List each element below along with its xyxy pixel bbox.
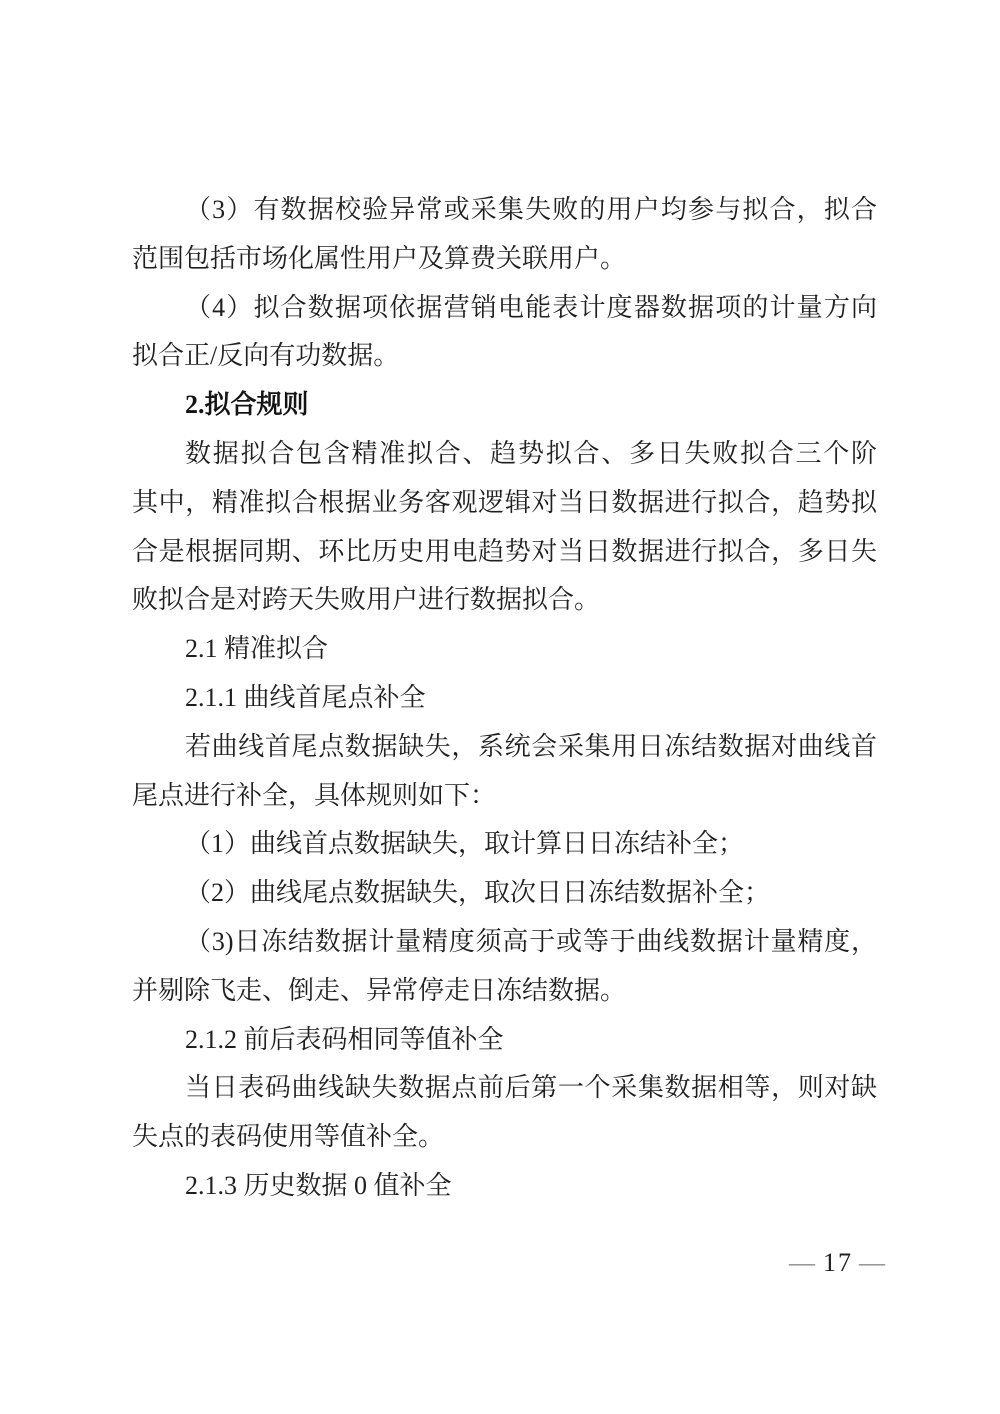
- page-number: —17—: [789, 1248, 887, 1278]
- text-line: 失点的表码使用等值补全。: [132, 1113, 877, 1162]
- text-line: 其中，精准拟合根据业务客观逻辑对当日数据进行拟合，趋势拟: [132, 479, 877, 528]
- section-heading: 2.1.2 前后表码相同等值补全: [132, 1016, 877, 1065]
- text-line: 若曲线首尾点数据缺失，系统会采集用日冻结数据对曲线首: [132, 723, 877, 772]
- text-line: 合是根据同期、环比历史用电趋势对当日数据进行拟合，多日失: [132, 528, 877, 577]
- section-heading: 2.1 精准拟合: [132, 625, 877, 674]
- text-line: （3）有数据校验异常或采集失败的用户均参与拟合，拟合: [132, 186, 877, 235]
- text-line: 败拟合是对跨天失败用户进行数据拟合。: [132, 576, 877, 625]
- text-line: （2）曲线尾点数据缺失，取次日日冻结数据补全；: [132, 869, 877, 918]
- page-number-dash-right: —: [859, 1248, 887, 1277]
- text-line: 并剔除飞走、倒走、异常停走日冻结数据。: [132, 967, 877, 1016]
- document-body: （3）有数据校验异常或采集失败的用户均参与拟合，拟合范围包括市场化属性用户及算费…: [132, 186, 877, 1211]
- page-number-dash-left: —: [789, 1248, 817, 1277]
- text-line: 当日表码曲线缺失数据点前后第一个采集数据相等，则对缺: [132, 1064, 877, 1113]
- section-heading: 2.1.1 曲线首尾点补全: [132, 674, 877, 723]
- section-heading: 2.拟合规则: [132, 381, 877, 430]
- text-line: （3)日冻结数据计量精度须高于或等于曲线数据计量精度，: [132, 918, 877, 967]
- text-line: 范围包括市场化属性用户及算费关联用户。: [132, 235, 877, 284]
- section-heading: 2.1.3 历史数据 0 值补全: [132, 1162, 877, 1211]
- text-line: 尾点进行补全，具体规则如下：: [132, 772, 877, 821]
- text-line: （1）曲线首点数据缺失，取计算日日冻结补全；: [132, 820, 877, 869]
- text-line: 拟合正/反向有功数据。: [132, 332, 877, 381]
- page-number-value: 17: [817, 1248, 859, 1277]
- text-line: （4）拟合数据项依据营销电能表计度器数据项的计量方向: [132, 284, 877, 333]
- text-line: 数据拟合包含精准拟合、趋势拟合、多日失败拟合三个阶段。: [132, 430, 877, 479]
- document-page: （3）有数据校验异常或采集失败的用户均参与拟合，拟合范围包括市场化属性用户及算费…: [0, 0, 1000, 1414]
